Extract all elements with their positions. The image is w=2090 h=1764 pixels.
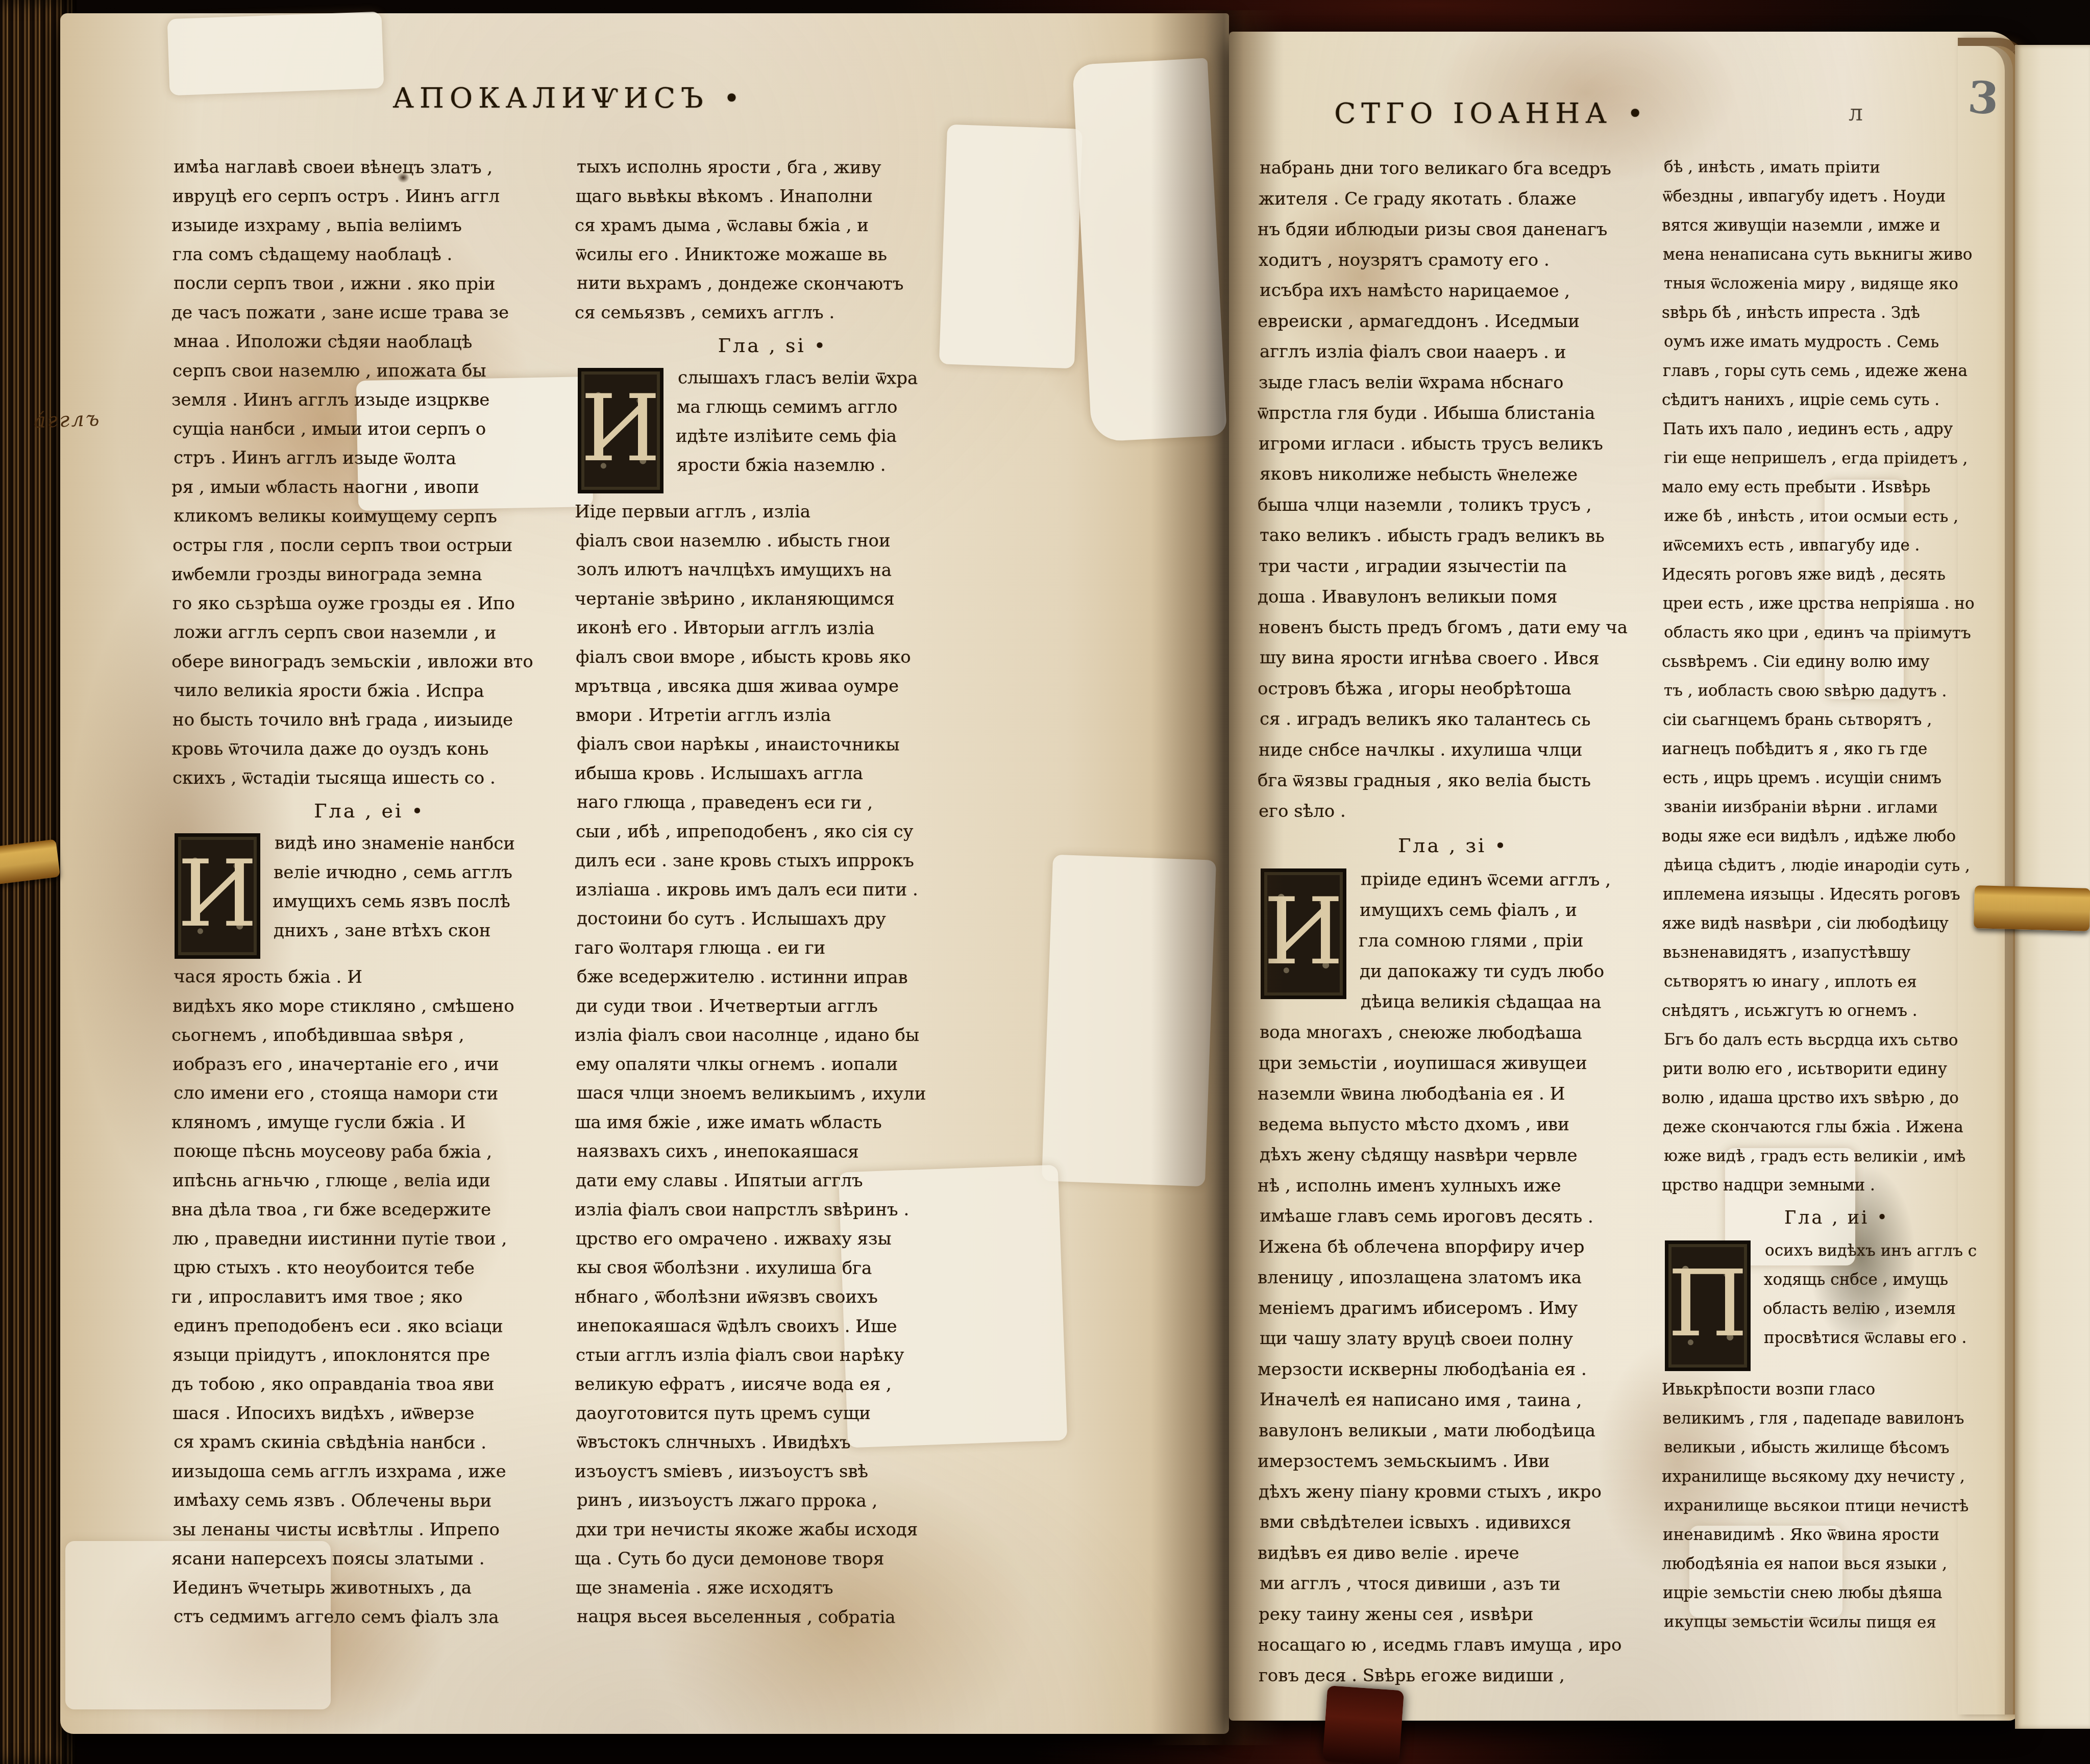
text-line: нбнаго , ѿболѣзни иѿязвъ своихъ [575, 1283, 969, 1312]
text-line: ивруцѣ его серпъ остръ . Иинъ аггл [173, 182, 567, 211]
book-photo: АПОКАЛИѰИСЪ • СТГО ІОАННА • л 3 а́гглъ и… [0, 0, 2090, 1764]
text-line: говъ деся . Ѕвѣрь егоже видиши , [1259, 1660, 1648, 1691]
text-line: дѣхъ жену піану кровми стыхъ , икро [1259, 1477, 1648, 1507]
text-line: Ижена бѣ облечена впорфиру ичер [1259, 1232, 1648, 1262]
text-line: чертаніе звѣрино , икланяющимся [575, 585, 969, 614]
text-line: тако великъ . ибысть градъ великъ вь [1260, 520, 1649, 552]
text-line: нъ бдяи иблюдыи ризы своя даненагъ [1258, 214, 1646, 245]
woodcut-initial-letter: И [578, 368, 663, 493]
text-line: иизыдоша семь агглъ изхрама , иже [171, 1457, 565, 1486]
text-line: скихъ , ѿстадіи тысяща ишесть со . [173, 764, 567, 793]
text-line: сущіа нанбси , имыи итои серпъ о [173, 415, 567, 444]
text-line: бга ѿязвы градныя , яко веліа бысть [1258, 765, 1646, 796]
text-line: ипѣснь агньчю , глюще , веліа иди [173, 1166, 567, 1196]
text-line: ги , ипрославитъ имя твое ; яко [171, 1283, 565, 1312]
text-line: цри земьстіи , иоупишася живущеи [1259, 1048, 1648, 1079]
text-line: сло имени его , стояща намори сти [174, 1079, 568, 1109]
repair-patch [1072, 58, 1227, 442]
text-line: обере виноградъ земьскіи , ивложи вто [171, 648, 565, 677]
text-line: ринъ , иизъоустъ лжаго пррока , [577, 1486, 971, 1516]
text-line: инепокаяшася ѿдѣлъ своихъ . Ише [577, 1311, 971, 1341]
text-line: ѿсилы его . Иниктоже можаше вь [576, 240, 970, 269]
text-line: наязвахъ сихъ , инепокаяшася [577, 1137, 971, 1167]
text-line: реку таину жены сея , иѕвѣри [1259, 1599, 1648, 1630]
text-line: фіалъ свои наземлю . ибысть гнои [576, 527, 970, 556]
text-line: ся храмъ дыма , ѿславы бжіа , и [575, 211, 969, 240]
text-line: яковъ николиже небысть ѿнележе [1260, 459, 1649, 490]
text-line: мерзости искверны любодѣаніа ея . [1258, 1354, 1646, 1385]
text-line: ся семьязвъ , семихъ агглъ . [575, 299, 969, 328]
text-line: гла сомъ сѣдащему наоблацѣ . [173, 240, 567, 269]
initial-group: Ипріиде единъ ѿсеми агглъ ,имущихъ семь … [1259, 864, 1648, 1017]
text-line: наго глюща , праведенъ еси ги , [577, 788, 971, 818]
text-line: веліе ичюдно , семь агглъ [274, 858, 567, 887]
woodcut-initial-letter: И [175, 833, 260, 959]
text-line: достоини бо сутъ . Ислышахъ дру [577, 904, 971, 934]
text-line: црство его омрачено . ижваху язы [576, 1225, 970, 1254]
text-line: чило великіа ярости бжіа . Испра [174, 676, 568, 706]
text-line: изъоустъ ѕміевъ , иизъоустъ ѕвѣ [575, 1457, 969, 1486]
binding-tailband [1322, 1685, 1404, 1764]
text-line: зы ленаны чисты исвѣтлы . Ипрепо [173, 1515, 567, 1545]
text-line: слышахъ гласъ веліи ѿхра [678, 363, 971, 393]
text-line: поюще пѣснь моусеову раба бжіа , [174, 1137, 568, 1167]
text-line: фіалъ свои нарѣкы , инаисточникы [577, 730, 971, 760]
initial-adjacent-lines: пріиде единъ ѿсеми агглъ ,имущихъ семь ф… [1360, 864, 1648, 1017]
text-line: имерзостемъ земьскыимъ . Иви [1258, 1446, 1646, 1477]
text-line: меніемъ драгимъ ибисеромъ . Иму [1259, 1293, 1648, 1324]
text-line: Иіде первыи агглъ , изліа [575, 498, 969, 527]
text-line: гла сомною глями , пріи [1359, 926, 1646, 956]
text-line: щаго вьвѣкы вѣкомъ . Инаполни [576, 182, 970, 211]
chapter-heading: Гла , еі • [173, 793, 567, 829]
text-line: дѣица великія сѣдащаа на [1361, 986, 1649, 1017]
text-line: дѣхъ жену сѣдящу наѕвѣри червле [1260, 1139, 1649, 1171]
text-line: пріиде единъ ѿсеми агглъ , [1361, 864, 1649, 895]
text-line: быша члци наземли , толикъ трусъ , [1258, 490, 1646, 520]
text-line: видѣ ино знаменіе нанбси [275, 829, 568, 859]
text-line: дати ему славы . Ипятыи агглъ [576, 1166, 970, 1196]
text-line: имущихъ семь фіалъ , и [1360, 895, 1648, 926]
text-line: иконѣ его . Ивторыи агглъ изліа [577, 613, 971, 643]
chapter-heading: Гла , ѕі • [576, 328, 970, 364]
text-line: ясани наперсехъ поясы златыми . [171, 1545, 565, 1574]
text-line: островъ бѣжа , игоры необрѣтоша [1258, 674, 1646, 704]
text-line: земля . Иинъ агглъ изыде изцркве [171, 386, 565, 415]
text-line: новенъ бысть предъ бгомъ , дати ему ча [1259, 612, 1648, 643]
text-line: ниде снбсе начлкы . ихулиша члци [1259, 735, 1648, 765]
bookmark-stick-right [1974, 885, 2090, 931]
text-line: зыде гласъ веліи ѿхрама нбснаго [1259, 367, 1648, 398]
text-line: доша . Ивавулонъ великыи помя [1258, 582, 1646, 612]
text-line: имущихъ семь язвъ послѣ [273, 887, 565, 916]
text-line: ведема вьпусто мѣсто дхомъ , иви [1259, 1109, 1648, 1140]
text-line: гаго ѿолтаря глюща . еи ги [575, 934, 969, 963]
text-line: вми свѣдѣтелеи ісвыхъ . идивихся [1260, 1507, 1649, 1538]
text-line: нацря вьсея вьселенныя , собратіа [577, 1602, 971, 1632]
text-line: ѿпрстла гля буди . Ибыша блистаніа [1258, 398, 1646, 429]
text-line: ся . иградъ великъ яко талантесь сь [1260, 704, 1649, 735]
text-line: языци пріидутъ , ипоклонятся пре [173, 1341, 567, 1370]
chapter-heading: Гла , зі • [1259, 827, 1648, 864]
text-line: ща . Суть бо дуси демонове творя [575, 1545, 969, 1574]
text-line: вавулонъ великыи , мати любодѣица [1259, 1415, 1648, 1446]
text-line: вода многахъ , снеюже любодѣаша [1260, 1017, 1649, 1049]
text-line: дилъ еси . зане кровь стыхъ ипррокъ [575, 847, 969, 876]
text-line: кляномъ , имуще гусли бжіа . И [171, 1108, 565, 1137]
woodcut-initial-letter: П [1665, 1240, 1751, 1371]
text-line: лю , праведни иистинни путіе твои , [173, 1225, 567, 1254]
text-line: ди дапокажу ти судъ любо [1360, 956, 1648, 987]
text-line: дхи три нечисты якоже жабы исходя [576, 1515, 970, 1545]
text-line: нити вьхрамъ , дондеже скончаютъ [577, 269, 971, 299]
text-line: шу вина ярости игнѣва своего . Ився [1260, 642, 1649, 674]
text-line: шася . Ипосихъ видѣхъ , иѿверзе [173, 1399, 567, 1428]
text-line: но бысть точило внѣ града , иизыиде [173, 706, 567, 735]
text-line: ще знаменіа . яже исходятъ [576, 1574, 970, 1603]
woodcut-initial-letter: И [1261, 868, 1346, 999]
text-line: Иединъ ѿчетырь животныхъ , да [173, 1574, 567, 1603]
text-line: Иначелѣ ея написано имя , таина , [1260, 1384, 1649, 1416]
text-line: вленицу , ипозлащена златомъ ика [1258, 1262, 1646, 1293]
text-line: видѣхъ яко море стикляно , смѣшено [173, 992, 567, 1021]
text-line: кы своя ѿболѣзни . ихулиша бга [577, 1253, 971, 1283]
text-line: црю стыхъ . кто неоубоится тебе [174, 1253, 568, 1283]
text-line: наземли ѿвина любодѣаніа ея . И [1258, 1079, 1646, 1109]
text-line: де часъ пожати , зане исше трава зе [171, 299, 565, 328]
text-line: ма глющь семимъ аггло [677, 393, 970, 422]
text-line: мнаа . Иположи сѣдяи наоблацѣ [174, 327, 568, 357]
text-line: жителя . Се граду якотать . блаже [1259, 184, 1648, 214]
text-column-left-2: тыхъ исполнь ярости , бга , живущаго вьв… [576, 153, 970, 1632]
text-line: ибыша кровь . Ислышахъ аггла [575, 759, 969, 788]
text-column-right-1: набрань дни того великаго бга вседръжите… [1259, 153, 1648, 1691]
text-column-left-1: имѣа наглавѣ своеи вѣнецъ златъ ,ивруцѣ … [173, 153, 567, 1632]
text-line: го яко сьзрѣша оуже грозды ея . Ипо [173, 589, 567, 618]
initial-adjacent-lines: видѣ ино знаменіе нанбсивеліе ичюдно , с… [274, 829, 567, 946]
text-line: вмори . Итретіи агглъ изліа [576, 701, 970, 730]
text-line: великую ефратъ , иисяче вода ея , [575, 1370, 969, 1399]
text-line: иобразъ его , иначертаніе его , ичи [173, 1050, 567, 1079]
running-title-left: АПОКАЛИѰИСЪ • [174, 82, 965, 114]
text-line: агглъ изліа фіалъ свои нааеръ . и [1260, 336, 1649, 368]
margin-note-angel: а́гглъ [33, 407, 101, 433]
text-line: евреиски , армагеддонъ . Иседмыи [1258, 306, 1646, 337]
folio-mark: л [1849, 100, 1863, 126]
text-line: сьогнемъ , ипобѣдившаа ѕвѣря , [171, 1021, 565, 1050]
text-line: носащаго ю , иседмь главъ имуща , иро [1258, 1630, 1646, 1660]
text-line: сыи , ибѣ , ипреподобенъ , яко сія су [576, 817, 970, 847]
text-line: ди суди твои . Ичетвертыи агглъ [576, 992, 970, 1021]
text-line: ша имя бжіе , иже имать ѡбласть [575, 1108, 969, 1137]
text-line: ему опаляти члкы огнемъ . иопали [576, 1050, 970, 1079]
text-line: кровь ѿточила даже до оуздъ конь [171, 735, 565, 764]
text-line: бже вседержителю . истинни иправ [577, 962, 971, 992]
text-line: ря , имыи ѡбласть наогни , ивопи [171, 473, 565, 502]
text-line: имѣа наглавѣ своеи вѣнецъ златъ , [174, 153, 568, 183]
text-line: изыиде изхраму , вьпіа веліимъ [171, 211, 565, 240]
text-line: единъ преподобенъ еси . яко всіаци [174, 1311, 568, 1341]
text-line: посли серпъ твои , ижни . яко пріи [174, 269, 568, 299]
text-line: исъбра ихъ намѣсто нарицаемое , [1260, 275, 1649, 307]
text-line: идѣте изліѣите семь фіа [676, 422, 969, 451]
text-line: имѣаху семь язвъ . Облечены вьри [174, 1486, 568, 1516]
text-line: дъ тобою , яко оправданіа твоа яви [171, 1370, 565, 1399]
text-line: игроми игласи . ибысть трусъ великъ [1259, 429, 1648, 459]
text-line: остры гля , посли серпъ твои острыи [173, 531, 567, 560]
text-line: ярости бжіа наземлю . [677, 451, 970, 480]
text-line: золъ илютъ начлцѣхъ имущихъ на [577, 555, 971, 585]
text-line: стръ . Иинъ агглъ изыде ѿолта [174, 443, 568, 474]
text-line: три части , иградии язычестіи па [1259, 551, 1648, 582]
running-title-right: СТГО ІОАННА • [1261, 97, 1723, 130]
text-line: вна дѣла твоа , ги бже вседержите [171, 1196, 565, 1225]
text-line: изліа фіалъ свои напрстлъ ѕвѣринъ . [575, 1196, 969, 1225]
text-line: набрань дни того великаго бга вседръ [1260, 153, 1649, 184]
text-line: стыи агглъ изліа фіалъ свои нарѣку [576, 1341, 970, 1370]
text-line: нѣ , исполнь именъ хулныхъ иже [1258, 1171, 1646, 1201]
text-line: стъ седмимъ аггело семъ фіалъ зла [174, 1602, 568, 1632]
repair-patch [1042, 855, 1216, 1187]
text-line: чася ярость бжіа . И [174, 962, 568, 992]
text-line: тыхъ исполнь ярости , бга , живу [577, 153, 971, 183]
text-line: иѡбемли грозды винограда земна [171, 560, 565, 589]
text-line: ходитъ , ноузрятъ срамоту его . [1259, 245, 1648, 276]
text-line: видѣвъ ея диво веліе . ирече [1258, 1538, 1646, 1569]
text-line: щи чашу злату вруцѣ своеи полну [1260, 1323, 1649, 1355]
text-line: ми агглъ , чтося дивиши , азъ ти [1260, 1568, 1649, 1600]
initial-adjacent-lines: слышахъ гласъ веліи ѿхрама глющь семимъ … [677, 364, 970, 480]
text-line: мрътвца , ивсяка дшя живаа оумре [575, 672, 969, 701]
text-line: ложи агглъ серпъ свои наземли , и [174, 618, 568, 648]
text-line: шася члци зноемъ великыимъ , ихули [577, 1079, 971, 1109]
initial-group: Ивидѣ ино знаменіе нанбсивеліе ичюдно , … [173, 829, 567, 963]
text-line: изліаша . икровь имъ далъ еси пити . [576, 876, 970, 905]
text-line: днихъ , зане втѣхъ скон [274, 916, 567, 946]
text-line: изліа фіалъ свои насолнце , идано бы [575, 1021, 969, 1050]
text-line: фіалъ свои вморе , ибысть кровь яко [576, 643, 970, 672]
text-line: серпъ свои наземлю , ипожата бы [173, 357, 567, 386]
text-line: имѣаше главъ семь ироговъ десять . [1260, 1201, 1649, 1232]
text-line: ся храмъ скиніа свѣдѣніа нанбси . [174, 1428, 568, 1458]
text-line: даоуготовится путь цремъ сущи [576, 1399, 970, 1428]
initial-group: Ислышахъ гласъ веліи ѿхрама глющь семимъ… [576, 364, 970, 498]
text-line: его ѕѣло . [1259, 796, 1648, 827]
text-line: кликомъ великы коимущему серпъ [174, 502, 568, 532]
text-line: ѿвъстокъ слнчныхъ . Ивидѣхъ [577, 1428, 971, 1458]
